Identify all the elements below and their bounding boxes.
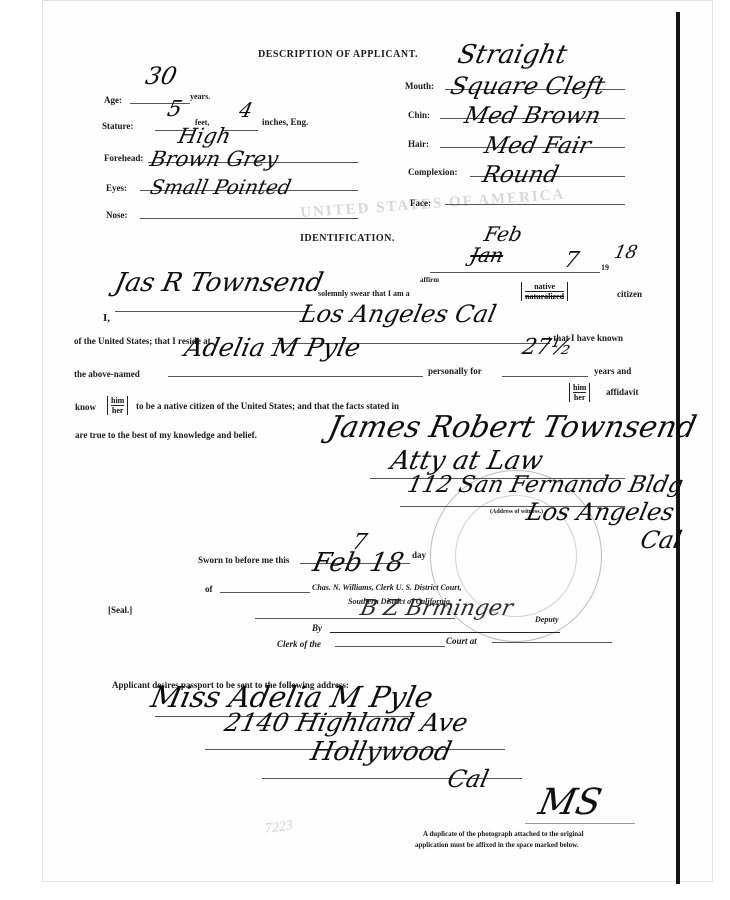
- witness-name: Jas R Townsend: [112, 268, 326, 298]
- deputy-text: Deputy: [535, 615, 559, 624]
- witness-address: 112 San Fernando Bldg: [405, 472, 686, 498]
- seal-label: [Seal.]: [108, 605, 132, 615]
- citizen-type-bracket: native naturalized: [521, 282, 568, 301]
- age-value: 30: [143, 62, 179, 90]
- hair-label: Hair:: [408, 139, 429, 149]
- mouth-value: Straight: [455, 40, 570, 70]
- pronoun-him-2: him: [573, 383, 586, 393]
- witness-signature: James Robert Townsend: [325, 410, 699, 445]
- applicant-name: Adelia M Pyle: [182, 333, 363, 362]
- citizen-option-native: native: [525, 282, 564, 292]
- citizen-text: citizen: [617, 289, 642, 299]
- nose-label: Nose:: [106, 210, 128, 220]
- identification-heading: IDENTIFICATION.: [300, 233, 395, 244]
- clerk-initials: MS: [535, 782, 605, 823]
- pronoun-her-2: her: [573, 393, 586, 402]
- i-label: I,: [103, 312, 110, 324]
- pronoun-bracket-1: him her: [107, 396, 128, 415]
- mailing-street: 2140 Highland Ave: [222, 708, 471, 737]
- known-years-value: 27½: [520, 335, 575, 360]
- year-prefix: 19: [601, 263, 609, 272]
- chin-label: Chin:: [408, 110, 430, 120]
- stature-label: Stature:: [102, 121, 133, 131]
- day-text: day: [412, 550, 426, 560]
- age-label: Age:: [104, 95, 122, 105]
- face-value: Round: [480, 162, 561, 188]
- true-statement-text: are true to the best of my knowledge and…: [75, 430, 257, 440]
- court-at-text: Court at: [446, 636, 477, 646]
- affirm-correction: affirm: [420, 276, 439, 284]
- witness-state: Cal: [638, 526, 684, 554]
- year-suffix: 18: [612, 242, 639, 263]
- footer-note-line1: A duplicate of the photograph attached t…: [423, 830, 584, 838]
- pronoun-her-1: her: [111, 406, 124, 415]
- mailing-state: Cal: [445, 765, 491, 793]
- of-text: of: [205, 584, 213, 594]
- by-text: By: [312, 623, 322, 633]
- sworn-month-value: Feb 18: [310, 548, 406, 578]
- know-text: know: [75, 402, 96, 412]
- clerk-name-line: Chas. N. Williams, Clerk U. S. District …: [312, 583, 462, 592]
- mailing-city: Hollywood: [308, 737, 454, 767]
- description-heading: DESCRIPTION OF APPLICANT.: [258, 49, 418, 60]
- forehead-value: High: [176, 124, 233, 148]
- residence-value: Los Angeles Cal: [298, 300, 499, 328]
- deputy-signature: B Z Brminger: [358, 596, 515, 621]
- footer-note-line2: application must be affixed in the space…: [415, 841, 579, 849]
- pronoun-him-1: him: [111, 396, 124, 406]
- pronoun-bracket-2: him her: [569, 383, 590, 402]
- age-unit: years.: [190, 92, 210, 101]
- complexion-value: Med Fair: [482, 133, 593, 159]
- years-and-text: years and: [594, 366, 631, 376]
- eyes-value: Brown Grey: [148, 147, 281, 171]
- face-label: Face:: [410, 198, 431, 208]
- stature-inches-unit: inches, Eng.: [262, 117, 308, 127]
- page-edge-rule: [676, 12, 680, 884]
- forehead-label: Forehead:: [104, 153, 143, 163]
- hair-value: Med Brown: [462, 103, 603, 129]
- above-named-text: the above-named: [74, 369, 140, 379]
- sworn-text: Sworn to before me this: [198, 555, 289, 565]
- witness-city: Los Angeles: [524, 498, 677, 526]
- complexion-label: Complexion:: [408, 167, 458, 177]
- personally-text: personally for: [428, 366, 482, 376]
- clerk-of-text: Clerk of the: [277, 639, 321, 649]
- citizen-option-naturalized: naturalized: [525, 292, 564, 301]
- mouth-label: Mouth:: [405, 81, 434, 91]
- date-month-struck: Jan: [468, 243, 506, 267]
- eyes-label: Eyes:: [106, 183, 127, 193]
- nose-value: Small Pointed: [148, 175, 293, 199]
- chin-value: Square Cleft: [448, 72, 608, 100]
- affidavit-text: affidavit: [606, 387, 639, 397]
- solemnly-text: solemnly swear that I am a: [318, 289, 410, 298]
